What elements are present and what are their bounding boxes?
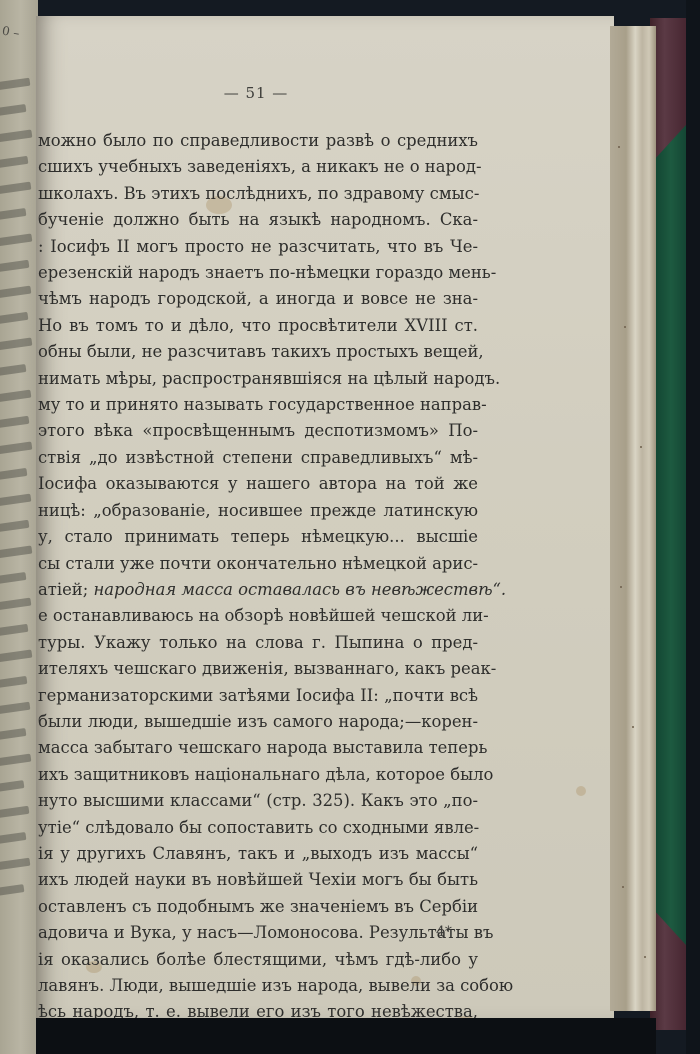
background-edge [686,0,700,1054]
book-photo: 0 – [0,0,700,1054]
text-line: у, стало принимать теперь нѣмецкую... вы… [36,524,478,550]
text-line: германизаторскими затѣями Іосифа II: „по… [36,683,478,709]
text-line: чѣмъ народъ городской, а иногда и вовсе … [36,286,478,312]
text-line: сшихъ учебныхъ заведеніяхъ, а никакъ не … [36,154,478,180]
text-line: этого вѣка «просвѣщеннымъ деспотизмомъ» … [36,418,478,444]
page-number-header: — 51 — [36,84,476,102]
text-line: Іосифа оказываются у нашего автора на то… [36,471,478,497]
book-page: — 51 — можно было по справедливости разв… [36,16,614,1020]
text-line: ихъ людей науки въ новѣйшей Чехіи могъ б… [36,867,478,893]
text-line: обны были, не разсчитавъ такихъ простыхъ… [36,339,478,365]
text-fragment: атіей; [38,580,93,599]
text-line: можно было по справедливости развѣ о сре… [36,128,478,154]
text-line: ителяхъ чешскаго движенія, вызваннаго, к… [36,656,478,682]
italic-quote: народная масса оставалась въ невѣжествѣ“… [93,580,506,599]
text-line: е останавливаюсь на обзорѣ новѣйшей чешс… [36,603,478,629]
text-line: адовича и Вука, у насъ—Ломоносова. Резул… [36,920,478,946]
page-block-edges [610,26,656,1011]
text-line: нуто высшими классами“ (стр. 325). Какъ … [36,788,478,814]
bottom-shadow [36,1018,656,1054]
previous-page-fragment: 0 – [1,24,21,41]
text-line: лавянъ. Люди, вышедшіе изъ народа, вывел… [36,973,478,999]
text-line: бученіе должно быть на языкѣ народномъ. … [36,207,478,233]
text-line: туры. Укажу только на слова г. Пыпина о … [36,630,478,656]
text-line: нимать мѣры, распространявшіяся на цѣлый… [36,366,478,392]
previous-page-edge: 0 – [0,0,38,1054]
text-line: ихъ защитниковъ національнаго дѣла, кото… [36,762,478,788]
text-line: му то и принято называть государственное… [36,392,478,418]
text-line: утіе“ слѣдовало бы сопоставить со сходны… [36,815,478,841]
text-line: сы стали уже почти окончательно нѣмецкой… [36,551,478,577]
text-line: ствія „до извѣстной степени справедливых… [36,445,478,471]
printer-signature-mark: 4* [436,924,452,940]
text-line: масса забытаго чешскаго народа выставила… [36,735,478,761]
text-line: школахъ. Въ этихъ послѣднихъ, по здравом… [36,181,478,207]
text-line: ія оказались болѣе блестящими, чѣмъ гдѣ-… [36,947,478,973]
book-cover-cloth [656,125,686,945]
text-line: Но въ томъ то и дѣло, что просвѣтители X… [36,313,478,339]
text-line: оставленъ съ подобнымъ же значеніемъ въ … [36,894,478,920]
text-line-with-italic: атіей; народная масса оставалась въ невѣ… [36,577,478,603]
text-line: были люди, вышедшіе изъ самого народа;—к… [36,709,478,735]
page-body-text: можно было по справедливости развѣ о сре… [36,128,478,1026]
text-line: ерезенскій народъ знаетъ по-нѣмецки гора… [36,260,478,286]
text-line: ницѣ: „образованіе, носившее прежде лати… [36,498,478,524]
text-line: : Іосифъ II могъ просто не разсчитать, ч… [36,234,478,260]
text-line: ія у другихъ Славянъ, такъ и „выходъ изъ… [36,841,478,867]
